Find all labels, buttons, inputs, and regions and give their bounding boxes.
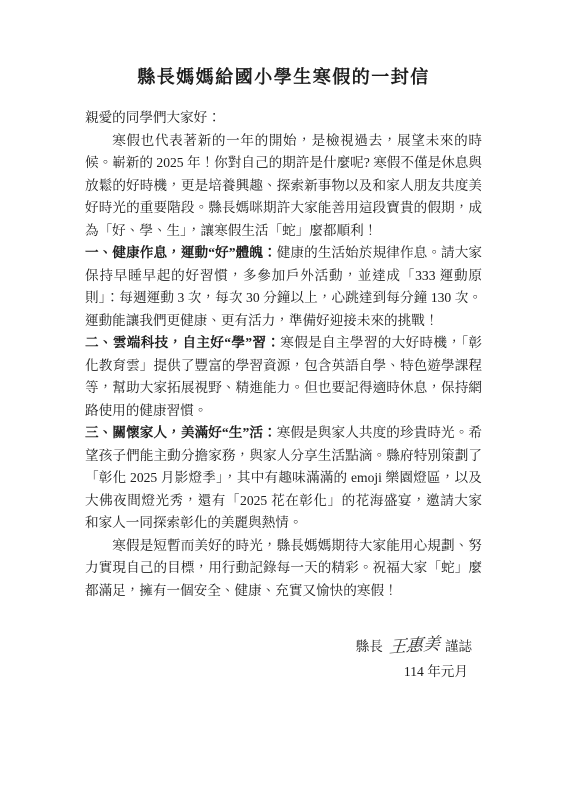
letter-content: 縣長媽媽給國小學生寒假的一封信 親愛的同學們大家好： 寒假也代表著新的一年的開始… xyxy=(85,64,482,683)
signature-suffix: 謹誌 xyxy=(445,639,472,654)
paragraph-text: 寒假是短暫而美好的時光，縣長媽媽期待大家能用心規劃、努力實現自己的目標，用行動記… xyxy=(85,538,482,598)
section-paragraph: 一、健康作息，運動“好”體魄：健康的生活始於規律作息。請大家保持早睡早起的好習慣… xyxy=(85,242,482,332)
section-paragraph: 二、雲端科技，自主好“學”習：寒假是自主學習的大好時機，「彰化教育雲」提供了豐富… xyxy=(85,332,482,422)
date-line: 114 年元月 xyxy=(85,661,482,683)
section-heading: 一、健康作息，運動“好”體魄： xyxy=(85,245,277,260)
greeting-line: 親愛的同學們大家好： xyxy=(85,107,482,130)
section-heading: 三、關懷家人，美滿好“生”活： xyxy=(85,425,277,440)
body-paragraph: 寒假也代表著新的一年的開始，是檢視過去，展望未來的時候。嶄新的 2025 年！你… xyxy=(85,130,482,243)
section-paragraph: 三、關懷家人，美滿好“生”活：寒假是與家人共度的珍貴時光。希望孩子們能主動分擔家… xyxy=(85,422,482,535)
paragraph-text: 寒假是與家人共度的珍貴時光。希望孩子們能主動分擔家務，與家人分享生活點滴。縣府特… xyxy=(85,425,482,530)
signature-prefix: 縣長 xyxy=(356,639,383,654)
body-paragraph: 寒假是短暫而美好的時光，縣長媽媽期待大家能用心規劃、努力實現自己的目標，用行動記… xyxy=(85,535,482,603)
letter-title: 縣長媽媽給國小學生寒假的一封信 xyxy=(85,64,482,90)
paragraph-text: 寒假也代表著新的一年的開始，是檢視過去，展望未來的時候。嶄新的 2025 年！你… xyxy=(85,133,482,238)
paragraphs: 寒假也代表著新的一年的開始，是檢視過去，展望未來的時候。嶄新的 2025 年！你… xyxy=(85,130,482,603)
section-heading: 二、雲端科技，自主好“學”習： xyxy=(85,335,280,350)
handwritten-signature: 王惠美 xyxy=(388,632,441,660)
signature-line: 縣長王惠美謹誌 xyxy=(85,634,482,659)
letter-page: 縣長媽媽給國小學生寒假的一封信 親愛的同學們大家好： 寒假也代表著新的一年的開始… xyxy=(0,0,563,800)
